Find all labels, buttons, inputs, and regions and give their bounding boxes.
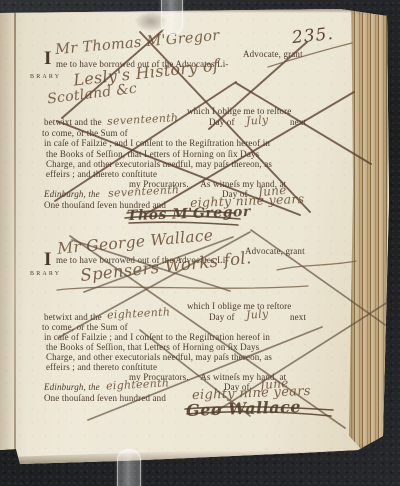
entry2-signature: Geo Wallace bbox=[186, 397, 302, 420]
entry2-printed-to-come: to come, or the Sum of bbox=[42, 322, 128, 332]
entry2-printed-advocate-grant: Advocate, grant bbox=[245, 246, 305, 256]
entry2-borrower-name: Mr George Wallace bbox=[57, 226, 214, 258]
entry2-signed-day: eighteenth bbox=[106, 376, 170, 392]
photograph-of-library-register-page: 235. I Mr Thomas M'Gregor Advocate, gran… bbox=[0, 0, 400, 486]
entry2-printed-betwixt: betwixt and the bbox=[44, 312, 102, 322]
page-bottom-edge bbox=[0, 444, 390, 466]
entry1-printed-advocate-grant: Advocate, grant bbox=[243, 49, 303, 59]
entry1-printed-day-of: Day of bbox=[209, 117, 235, 127]
entry2-initial: I bbox=[44, 250, 51, 269]
entry2-printed-oblige: which I oblige me to reſtore bbox=[187, 301, 291, 311]
entry2-printed-edinburgh: Edinburgh, the bbox=[44, 382, 100, 392]
entry1-printed-next: next bbox=[290, 117, 306, 127]
gutter-crease bbox=[14, 10, 16, 462]
entry2-return-day: eighteenth bbox=[107, 305, 171, 321]
entry1-printed-oblige: which I oblige me to reſtore bbox=[187, 106, 291, 116]
entry2-printed-failzie1: in caſe of Failzie ; and I conſent to th… bbox=[44, 332, 270, 342]
entry1-printed-failzie4: effeirs ; and thereto conſtitute bbox=[46, 169, 157, 179]
book-page: 235. I Mr Thomas M'Gregor Advocate, gran… bbox=[0, 0, 400, 486]
entry2-printed-failzie3: Charge, and other executorials needful, … bbox=[46, 352, 272, 362]
entry1-printed-failzie2: the Books of Seſſion, that Letters of Ho… bbox=[46, 149, 259, 159]
entry1-signed-day: seventeenth bbox=[108, 183, 180, 200]
entry2-printed-one-thousand: One thouſand ſeven hundred and bbox=[44, 393, 166, 403]
entry1-return-day: seventeenth bbox=[107, 111, 179, 128]
entry1-printed-betwixt: betwixt and the bbox=[44, 117, 102, 127]
plastic-strip-top bbox=[161, 0, 183, 35]
entry1-borrower-name: Mr Thomas M'Gregor bbox=[55, 28, 221, 58]
entry1-printed-to-come: to come, or the Sum of bbox=[42, 128, 128, 138]
entry2-printed-failzie4: effeirs ; and thereto conſtitute bbox=[46, 362, 157, 372]
plastic-strip-bottom bbox=[117, 449, 141, 486]
page-top-edge bbox=[0, 9, 390, 13]
entry2-printed-day-of: Day of bbox=[209, 312, 235, 322]
entry2-return-month: July bbox=[246, 307, 269, 322]
book-fore-edge bbox=[349, 9, 389, 449]
entry1-printed-brary: brary bbox=[30, 71, 61, 80]
entry1-initial: I bbox=[44, 49, 51, 68]
entry2-printed-next: next bbox=[290, 312, 306, 322]
entry1-signature: Thos M'Gregor bbox=[127, 204, 251, 224]
entry2-printed-brary: brary bbox=[30, 268, 61, 277]
page-number: 235. bbox=[291, 24, 335, 48]
entry2-printed-failzie2: the Books of Seſſion, that Letters of Ho… bbox=[46, 342, 259, 352]
entry1-printed-failzie3: Charge, and other executorials needful, … bbox=[46, 159, 272, 169]
gutter-shadow bbox=[0, 0, 26, 486]
entry1-return-month: July bbox=[246, 113, 269, 128]
entry1-printed-edinburgh: Edinburgh, the bbox=[44, 189, 100, 199]
entry1-printed-failzie1: in caſe of Failzie ; and I conſent to th… bbox=[44, 138, 270, 148]
